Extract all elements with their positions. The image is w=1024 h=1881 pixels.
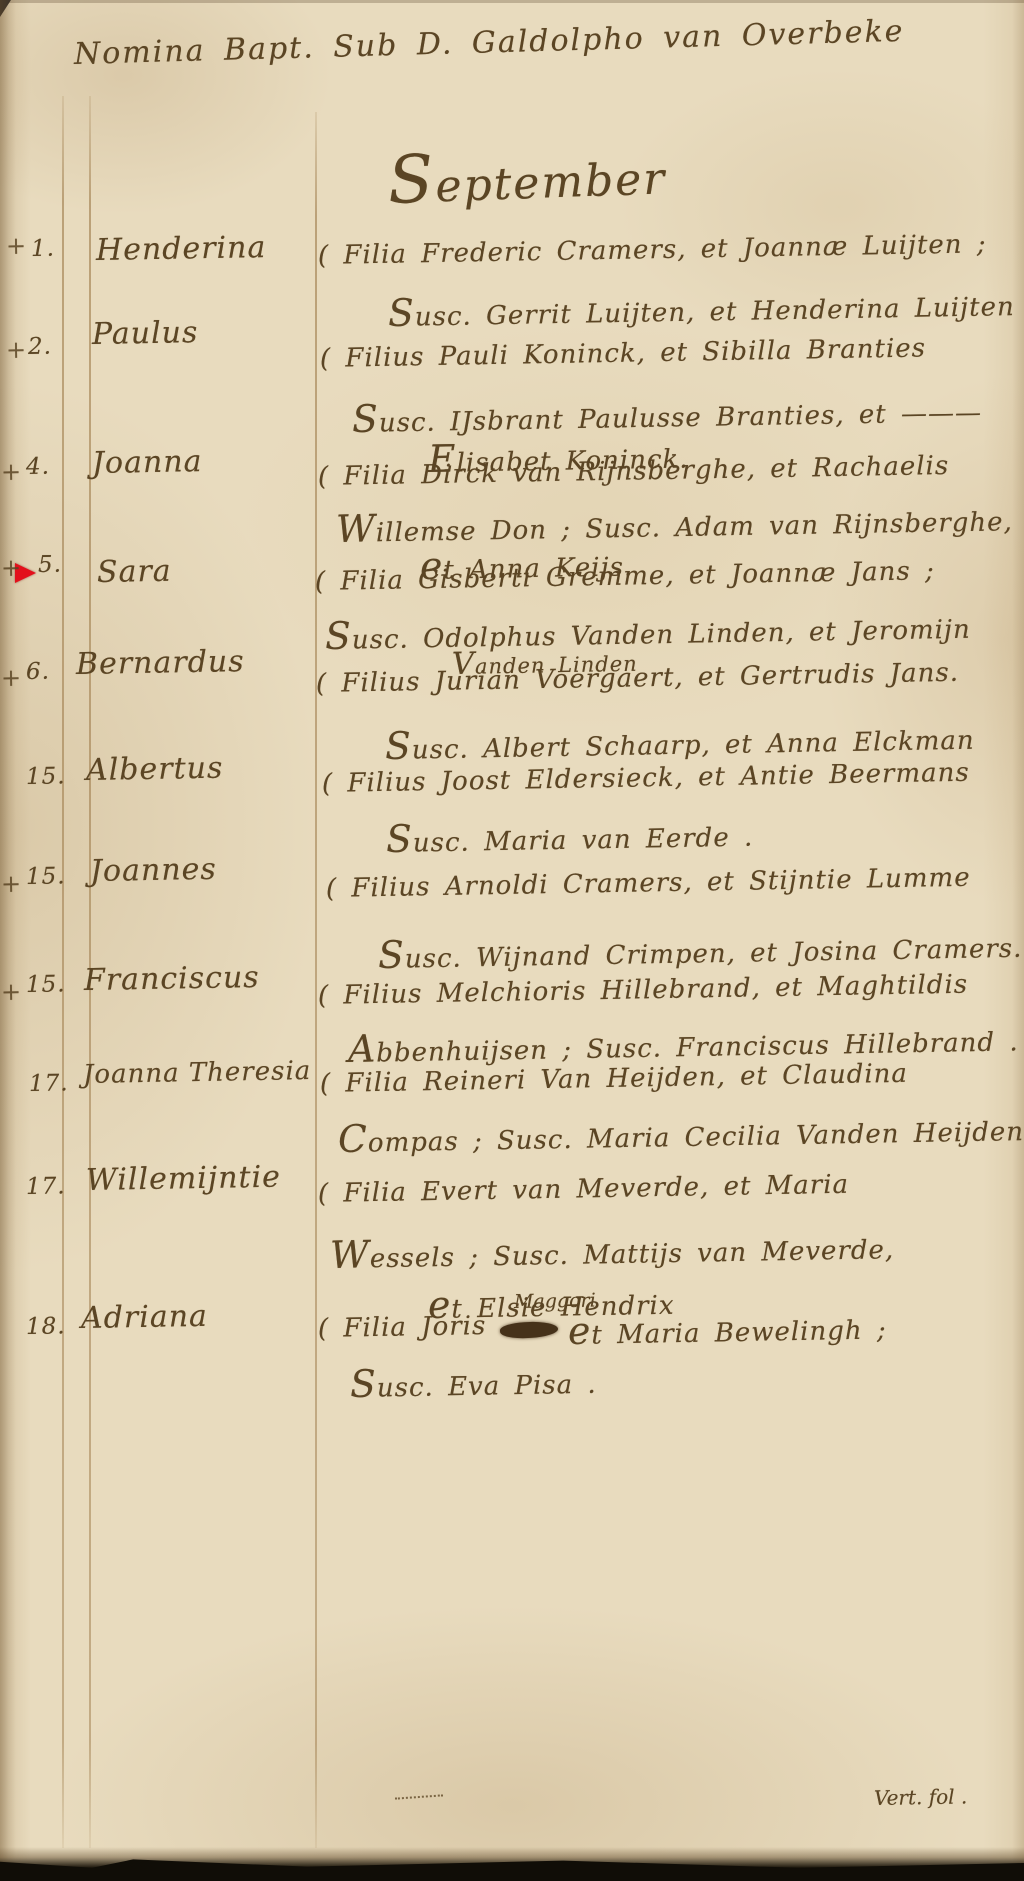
entry-line: ( Filia Frederic Cramers, et Joannæ Luij… (318, 231, 987, 269)
entry-day: 15. (26, 973, 66, 997)
entry-name: Adriana (81, 1302, 208, 1334)
entry-day: 15. (26, 765, 66, 789)
entry-line: ( Filia Joris (318, 1313, 487, 1342)
entry-cross: + (1, 872, 22, 896)
entry-name: Paulus (92, 318, 199, 350)
footer-note: Vert. fol . (874, 1786, 968, 1808)
entry-cross: + (1, 460, 22, 484)
page-top-edge (0, 0, 1024, 3)
entry-day: 2. (28, 336, 52, 359)
entry-cross: + (1, 666, 22, 690)
entry-line: Compas ; Susc. Maria Cecilia Vanden Heij… (338, 1109, 1024, 1159)
manuscript-page: Nomina Bapt. Sub D. Galdolpho van Overbe… (0, 0, 1024, 1881)
entry-cross: + (6, 234, 27, 258)
entry-name: Sara (97, 557, 172, 588)
page-title: Nomina Bapt. Sub D. Galdolpho van Overbe… (74, 17, 905, 70)
entry-line: Abbenhuijsen ; Susc. Franciscus Hillebra… (348, 1019, 1019, 1068)
entry-name: Joanna Theresia (83, 1058, 312, 1088)
entry-day: 1. (31, 238, 55, 261)
entry-line: Susc. IJsbrant Paulusse Branties, et ——— (352, 390, 983, 439)
entry-day: 17. (26, 1175, 66, 1199)
entry-cross: + (1, 980, 22, 1004)
entry-day: 4. (26, 456, 50, 479)
entry-name: Joannes (90, 855, 217, 887)
entry-name: Henderina (96, 233, 267, 266)
entry-line: ( Filius Pauli Koninck, et Sibilla Brant… (320, 335, 926, 372)
entry-cross: + (6, 338, 27, 362)
entry-day: 5. (38, 554, 62, 577)
entry-line: Wessels ; Susc. Mattijs van Meverde, (330, 1227, 895, 1275)
entry-day: 15. (26, 865, 66, 889)
entry-line: ( Filia Evert van Meverde, et Maria (318, 1172, 849, 1207)
entry-cross: + (1, 556, 22, 580)
entry-line: ( Filius Jurian Voergaert, et Gertrudis … (316, 660, 959, 697)
entry-line: Susc. Gerrit Luijten, et Henderina Luijt… (388, 284, 1015, 333)
entry-name: Bernardus (76, 647, 245, 680)
entry-line: Susc. Odolphus Vanden Linden, et Jeromij… (325, 607, 971, 656)
page-gutter-shadow (0, 0, 16, 1881)
entry-line: Susc. Eva Pisa . (350, 1362, 597, 1404)
entry-line: Willemse Don ; Susc. Adam van Rijnsbergh… (336, 499, 1013, 549)
entry-name: Joanna (92, 447, 203, 479)
entry-line: ( Filia Gisberti Gremme, et Joannæ Jans … (315, 558, 935, 595)
entry-line: Susc. Wijnand Crimpen, et Josina Cramers… (378, 926, 1023, 975)
ink-scribble (395, 1794, 443, 1803)
entry-day: 6. (26, 661, 50, 684)
month-heading: September (387, 138, 667, 214)
entry-line: et Maria Bewelingh ; (568, 1307, 887, 1350)
entry-line: Susc. Maria van Eerde . (386, 815, 754, 859)
entry-name: Willemijntie (86, 1163, 281, 1196)
entry-line: ( Filius Melchioris Hillebrand, et Maght… (318, 972, 969, 1009)
entry-name: Franciscus (84, 963, 260, 996)
entry-line: ( Filia Dirck van Rijnsberghe, et Rachae… (318, 453, 950, 490)
entry-day: 18. (26, 1315, 66, 1339)
entry-line: ( Filius Arnoldi Cramers, et Stijntie Lu… (326, 865, 971, 902)
entry-name: Albertus (86, 754, 224, 786)
column-rule-name (315, 112, 317, 1848)
entry-day: 17. (29, 1072, 69, 1096)
